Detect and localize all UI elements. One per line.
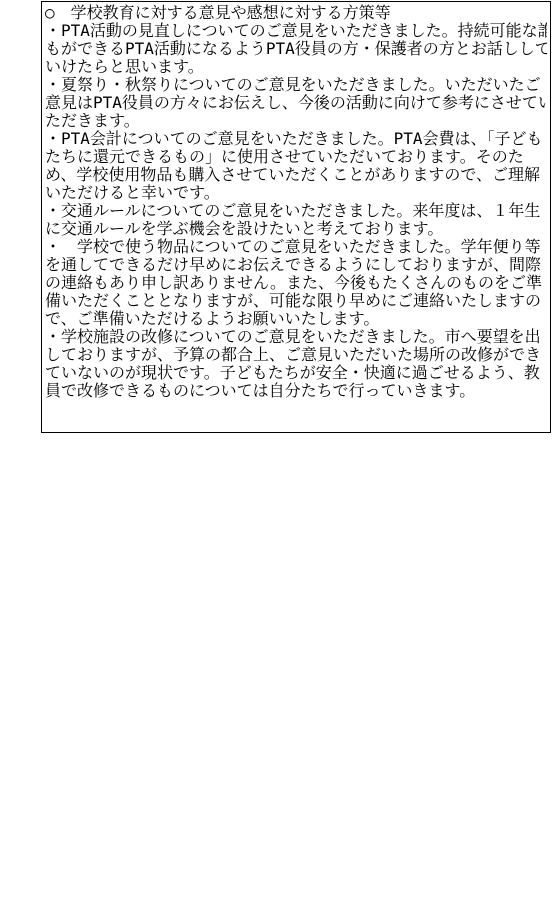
text-line: ・学校施設の改修についてのご意見をいただきました。市へ要望を出 <box>45 328 547 346</box>
text-line: もができるPTA活動になるようPTA役員の方・保護者の方とお話しして <box>45 40 547 58</box>
text-line: いけたらと思います。 <box>45 58 547 76</box>
text-line: を通してできるだけ早めにお伝えできるようにしておりますが、間際 <box>45 256 547 274</box>
text-line: ○ 学校教育に対する意見や感想に対する方策等 <box>45 4 547 22</box>
text-line: め、学校使用物品も購入させていただくことがありますので、ご理解 <box>45 166 547 184</box>
text-line: で、ご準備いただけるようお願いいたします。 <box>45 310 547 328</box>
document-page: ○ 学校教育に対する意見や感想に対する方策等・PTA活動の見直しについてのご意見… <box>0 0 554 911</box>
text-line: に交通ルールを学ぶ機会を設けたいと考えております。 <box>45 220 547 238</box>
text-line: いただけると幸いです。 <box>45 184 547 202</box>
text-line: ていないのが現状です。子どもたちが安全・快適に過ごせるよう、教 <box>45 364 547 382</box>
comment-response-box: ○ 学校教育に対する意見や感想に対する方策等・PTA活動の見直しについてのご意見… <box>41 1 551 433</box>
text-line: たちに還元できるもの」に使用させていただいております。そのた <box>45 148 547 166</box>
text-line: 意見はPTA役員の方々にお伝えし、今後の活動に向けて参考にさせてい <box>45 94 547 112</box>
text-lines: ○ 学校教育に対する意見や感想に対する方策等・PTA活動の見直しについてのご意見… <box>45 4 547 400</box>
text-line: ・PTA活動の見直しについてのご意見をいただきました。持続可能な誰 <box>45 22 547 40</box>
text-line: 備いただくこととなりますが、可能な限り早めにご連絡いたしますの <box>45 292 547 310</box>
text-line: ただきます。 <box>45 112 547 130</box>
text-line: しておりますが、予算の都合上、ご意見いただいた場所の改修ができ <box>45 346 547 364</box>
text-line: ・PTA会計についてのご意見をいただきました。PTA会費は、「子ども <box>45 130 547 148</box>
text-line: の連絡もあり申し訳ありません。また、今後もたくさんのものをご準 <box>45 274 547 292</box>
text-line: ・交通ルールについてのご意見をいただきました。来年度は、１年生 <box>45 202 547 220</box>
text-line: 員で改修できるものについては自分たちで行っていきます。 <box>45 382 547 400</box>
text-line: ・夏祭り・秋祭りについてのご意見をいただきました。いただいたご <box>45 76 547 94</box>
text-line: ・ 学校で使う物品についてのご意見をいただきました。学年便り等 <box>45 238 547 256</box>
